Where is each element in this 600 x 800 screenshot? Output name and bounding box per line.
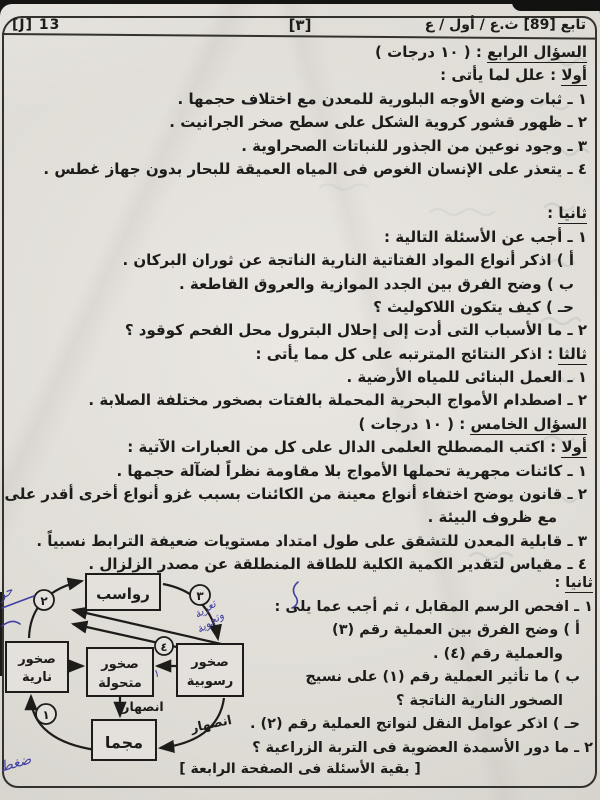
q4-sub-c: حـ ) كيف يتكون اللاكوليث ؟ [6,296,587,319]
q5-item-2: ٢ ـ قانون يوضح اختفاء أنواع معينة من الك… [6,483,587,506]
label-sedimentary-1: صخور [190,655,229,670]
q5-first-heading: أولا : اكتب المصطلح العلمى الدال على كل … [6,436,587,459]
q4-third-item-1: ١ ـ العمل البنائى للمياه الأرضية . [6,366,587,389]
panel-line-2: أ ) وضح الفرق بين العملية رقم (٣) [301,619,593,643]
q4-sub-b: ب ) وضح الفرق بين الجدد الموازية والعروق… [6,273,587,296]
q4-third-item-2: ٢ ـ اصطدام الأمواج البحرية المحملة بالفت… [6,389,587,412]
label-sedimentary-2: رسوبية [187,674,234,689]
pen-scribble: حرى [0,583,17,609]
q4-points: : ( ١٠ درجات ) [375,43,487,61]
q4-item-4: ٤ ـ يتعذر على الإنسان الغوص فى المياه ال… [6,158,587,181]
print-mark: [J] 13 [12,17,60,35]
panel-line-3: والعملية رقم (٤) . [301,643,593,667]
panel-line-6: حـ ) اذكر عوامل النقل لنواتج العملية رقم… [301,713,593,737]
q4-item-1: ١ ـ ثبات وضع الأوجه البلورية للمعدن مع ا… [6,88,587,111]
panel-line-7: ٢ ـ ما دور الأسمدة العضوية فى التربة الز… [301,737,593,761]
label-igneous-2: نارية [22,670,52,685]
q4-heading: السؤال الرابع : ( ١٠ درجات ) [6,41,587,64]
q5-second-label: ثانيا [565,575,593,593]
label-melting-outer: انصهار [188,712,233,735]
circled-number-1: ١ [36,704,56,724]
q4-second-q2: ٢ ـ ما الأسباب التى أدت إلى إحلال البترو… [6,319,587,342]
svg-text:٤: ٤ [160,640,167,654]
q4-first-label: أولا [561,66,587,86]
q5-item-2-cont: مع ظروف البيئة . [6,506,587,529]
label-metamorphic-2: متحولة [98,676,142,691]
exam-body: السؤال الرابع : ( ١٠ درجات ) أولا : علل … [6,41,587,577]
q4-second-label: ثانيا [558,204,587,224]
svg-text:٢: ٢ [40,594,48,608]
q5-points: : ( ١٠ درجات ) [358,415,470,433]
q5-item-1: ١ ـ كائنات مجهرية تحملها الأمواج بلا مقا… [6,460,587,483]
label-metamorphic-1: صخور [100,657,139,672]
panel-line-1: ١ ـ افحص الرسم المقابل ، ثم أجب عما يلى … [301,596,593,620]
pen-slash-2 [2,621,20,626]
q5-first-label: أولا [561,438,587,458]
q4-third-label: ثالثا [558,345,587,365]
q4-title: السؤال الرابع [487,43,587,63]
label-igneous-1: صخور [17,652,56,667]
svg-text:١: ١ [42,708,49,722]
footer-note: [ بقية الأسئلة فى الصفحة الرابعة ] [0,761,600,777]
panel-line-5: الصخور النارية الناتجة ؟ [301,690,593,714]
circled-number-2: ٢ [34,590,54,610]
circled-number-4: ٤ [155,637,173,655]
q4-third-heading: ثالثا : اذكر النتائج المترتبه على كل مما… [6,343,587,366]
page-number: [٣] [0,17,600,35]
q5-item-3: ٣ ـ قابلية المعدن للتشقق على طول امتداد … [6,530,587,553]
q4-second-q1: ١ ـ أجب عن الأسئلة التالية : [6,226,587,249]
q4-first-heading: أولا : علل لما يأتى : [6,64,587,87]
svg-text:٣: ٣ [196,589,204,603]
q4-sub-a: أ ) اذكر أنواع المواد الفتاتية النارية ا… [6,249,587,272]
label-sediments: رواسب [96,585,150,603]
q5-title: السؤال الخامس [470,415,587,435]
panel-line-4: ب ) ما تأثير العملية رقم (١) على نسيج [301,666,593,690]
scanner-edge [512,0,600,11]
q4-item-2: ٢ ـ ظهور قشور كروية الشكل على سطح صخر ال… [6,111,587,134]
label-melting-inner: انصهار [121,699,163,714]
q5-second-heading: ثانيا : [301,572,593,596]
q4-item-3: ٣ ـ وجود نوعين من الجذور للنباتات الصحرا… [6,135,587,158]
q4-second-heading: ثانيا : [6,202,587,225]
label-magma: مجما [105,733,143,752]
scanned-exam-page: تابع [89] ث.ع / أول / ع [٣] [J] 13 السؤا… [0,0,600,800]
q5-heading: السؤال الخامس : ( ١٠ درجات ) [6,413,587,436]
q5-second-panel: ثانيا : ١ ـ افحص الرسم المقابل ، ثم أجب … [301,572,593,760]
